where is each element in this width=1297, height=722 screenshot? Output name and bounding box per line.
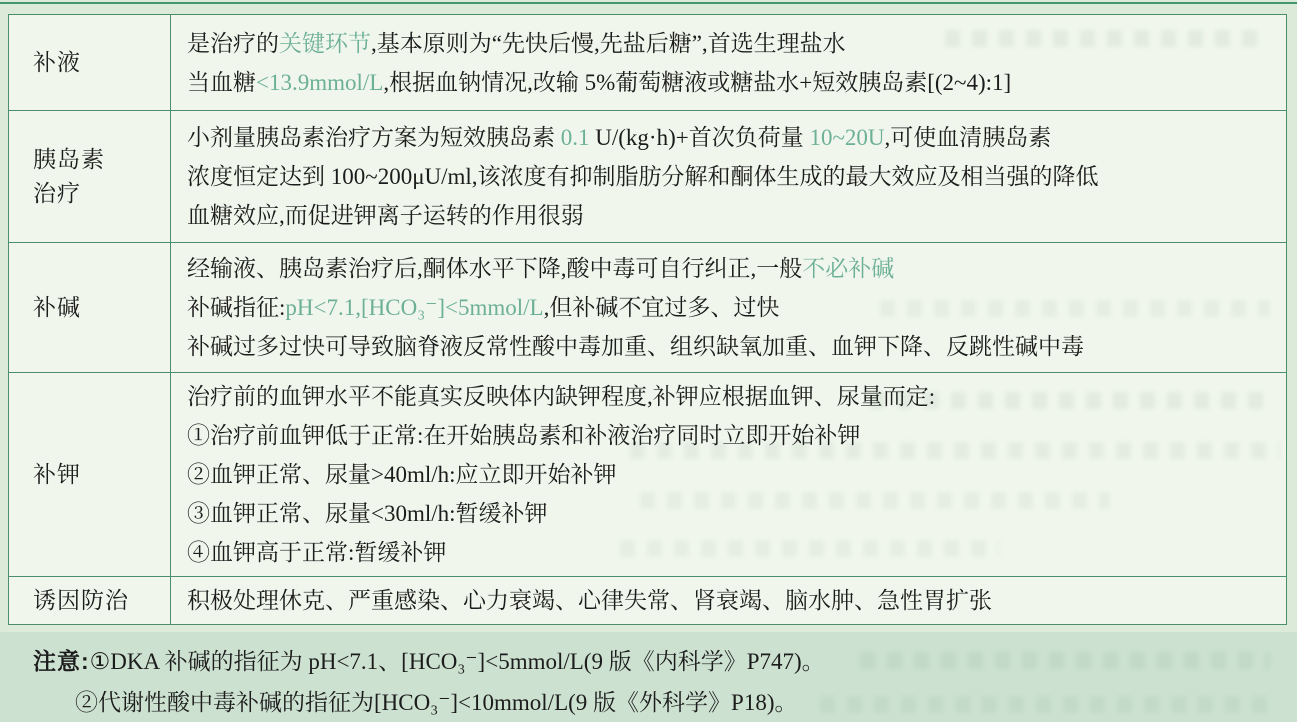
text-segment: 小剂量胰岛素治疗方案为短效胰岛素 (187, 125, 561, 150)
table-line: 是治疗的关键环节,基本原则为“先快后慢,先盐后糖”,首选生理盐水 (187, 24, 1278, 63)
row-content-triggers: 积极处理休克、严重感染、心力衰竭、心律失常、肾衰竭、脑水肿、急性胃扩张 (171, 577, 1287, 625)
note-item-1: ①DKA 补碱的指征为 pH<7.1、[HCO₃⁻]<5mmol/L(9 版《内… (90, 649, 825, 674)
text-segment: 经输液、胰岛素治疗后,酮体水平下降,酸中毒可自行纠正,一般 (187, 256, 802, 281)
row-label-fluid: 补液 (9, 15, 171, 111)
row-content-potassium: 治疗前的血钾水平不能真实反映体内缺钾程度,补钾应根据血钾、尿量而定: ①治疗前血… (171, 373, 1287, 577)
highlight-text: pH<7.1,[HCO₃⁻]<5mmol/L (285, 295, 543, 320)
text-segment: U/(kg·h)+首次负荷量 (590, 125, 810, 150)
table-row-triggers: 诱因防治 积极处理休克、严重感染、心力衰竭、心律失常、肾衰竭、脑水肿、急性胃扩张 (9, 577, 1287, 625)
dka-treatment-table: 补液 是治疗的关键环节,基本原则为“先快后慢,先盐后糖”,首选生理盐水 当血糖<… (8, 14, 1287, 625)
table-line: 浓度恒定达到 100~200μU/ml,该浓度有抑制脂肪分解和酮体生成的最大效应… (187, 157, 1278, 196)
table-line: 补碱指征:pH<7.1,[HCO₃⁻]<5mmol/L,但补碱不宜过多、过快 (187, 288, 1278, 327)
row-content-alkali: 经输液、胰岛素治疗后,酮体水平下降,酸中毒可自行纠正,一般不必补碱 补碱指征:p… (171, 243, 1287, 373)
table-line: 治疗前的血钾水平不能真实反映体内缺钾程度,补钾应根据血钾、尿量而定: (187, 377, 1278, 416)
row-content-insulin: 小剂量胰岛素治疗方案为短效胰岛素 0.1 U/(kg·h)+首次负荷量 10~2… (171, 111, 1287, 243)
note-label: 注意: (33, 648, 90, 674)
text-segment: ②血钾正常、尿量>40ml/h:应立即开始补钾 (187, 462, 617, 487)
text-segment: 积极处理休克、严重感染、心力衰竭、心律失常、肾衰竭、脑水肿、急性胃扩张 (187, 588, 992, 613)
note-line: 注意:①DKA 补碱的指征为 pH<7.1、[HCO₃⁻]<5mmol/L(9 … (33, 641, 1297, 682)
table-line: ①治疗前血钾低于正常:在开始胰岛素和补液治疗同时立即开始补钾 (187, 416, 1278, 455)
table-line: 血糖效应,而促进钾离子运转的作用很弱 (187, 196, 1278, 235)
text-segment: 补碱过多过快可导致脑脊液反常性酸中毒加重、组织缺氧加重、血钾下降、反跳性碱中毒 (187, 334, 1084, 359)
table-line: 积极处理休克、严重感染、心力衰竭、心律失常、肾衰竭、脑水肿、急性胃扩张 (187, 581, 1278, 620)
page-top-rule (0, 2, 1297, 4)
row-label-triggers: 诱因防治 (9, 577, 171, 625)
highlight-text: <13.9mmol/L (256, 70, 383, 95)
highlight-text: 关键环节 (279, 31, 371, 56)
table-line: 经输液、胰岛素治疗后,酮体水平下降,酸中毒可自行纠正,一般不必补碱 (187, 249, 1278, 288)
table-line: ③血钾正常、尿量<30ml/h:暂缓补钾 (187, 494, 1278, 533)
text-segment: 浓度恒定达到 100~200μU/ml,该浓度有抑制脂肪分解和酮体生成的最大效应… (187, 164, 1099, 189)
table-line: 当血糖<13.9mmol/L,根据血钠情况,改输 5%葡萄糖液或糖盐水+短效胰岛… (187, 63, 1278, 102)
text-segment: ④血钾高于正常:暂缓补钾 (187, 540, 446, 565)
note-line: ②代谢性酸中毒补碱的指征为[HCO₃⁻]<10mmol/L(9 版《外科学》P1… (75, 682, 1297, 722)
text-segment: ,可使血清胰岛素 (885, 125, 1052, 150)
row-label-alkali: 补碱 (9, 243, 171, 373)
table-row-fluid: 补液 是治疗的关键环节,基本原则为“先快后慢,先盐后糖”,首选生理盐水 当血糖<… (9, 15, 1287, 111)
text-segment: ,基本原则为“先快后慢,先盐后糖”,首选生理盐水 (371, 31, 846, 56)
table-row-insulin: 胰岛素 治疗 小剂量胰岛素治疗方案为短效胰岛素 0.1 U/(kg·h)+首次负… (9, 111, 1287, 243)
table-line: 补碱过多过快可导致脑脊液反常性酸中毒加重、组织缺氧加重、血钾下降、反跳性碱中毒 (187, 327, 1278, 366)
textbook-page: 补液 是治疗的关键环节,基本原则为“先快后慢,先盐后糖”,首选生理盐水 当血糖<… (0, 0, 1297, 722)
text-segment: 血糖效应,而促进钾离子运转的作用很弱 (187, 203, 584, 228)
text-segment: 当血糖 (187, 70, 256, 95)
table-line: 小剂量胰岛素治疗方案为短效胰岛素 0.1 U/(kg·h)+首次负荷量 10~2… (187, 118, 1278, 157)
text-segment: ,根据血钠情况,改输 5%葡萄糖液或糖盐水+短效胰岛素[(2~4):1] (383, 70, 1011, 95)
row-label-potassium: 补钾 (9, 373, 171, 577)
highlight-text: 10~20U (809, 125, 884, 150)
row-label-insulin: 胰岛素 治疗 (9, 111, 171, 243)
table-line: ④血钾高于正常:暂缓补钾 (187, 533, 1278, 572)
note-box: 注意:①DKA 补碱的指征为 pH<7.1、[HCO₃⁻]<5mmol/L(9 … (0, 632, 1297, 722)
text-segment: ①治疗前血钾低于正常:在开始胰岛素和补液治疗同时立即开始补钾 (187, 423, 860, 448)
table-row-potassium: 补钾 治疗前的血钾水平不能真实反映体内缺钾程度,补钾应根据血钾、尿量而定: ①治… (9, 373, 1287, 577)
text-segment: 是治疗的 (187, 31, 279, 56)
text-segment: ③血钾正常、尿量<30ml/h:暂缓补钾 (187, 501, 548, 526)
note-item-2: ②代谢性酸中毒补碱的指征为[HCO₃⁻]<10mmol/L(9 版《外科学》P1… (75, 690, 797, 715)
text-segment: ,但补碱不宜过多、过快 (544, 295, 780, 320)
table-row-alkali: 补碱 经输液、胰岛素治疗后,酮体水平下降,酸中毒可自行纠正,一般不必补碱 补碱指… (9, 243, 1287, 373)
highlight-text: 0.1 (561, 125, 590, 150)
table-line: ②血钾正常、尿量>40ml/h:应立即开始补钾 (187, 455, 1278, 494)
row-content-fluid: 是治疗的关键环节,基本原则为“先快后慢,先盐后糖”,首选生理盐水 当血糖<13.… (171, 15, 1287, 111)
text-segment: 补碱指征: (187, 295, 285, 320)
text-segment: 治疗前的血钾水平不能真实反映体内缺钾程度,补钾应根据血钾、尿量而定: (187, 384, 935, 409)
highlight-text: 不必补碱 (802, 256, 894, 281)
